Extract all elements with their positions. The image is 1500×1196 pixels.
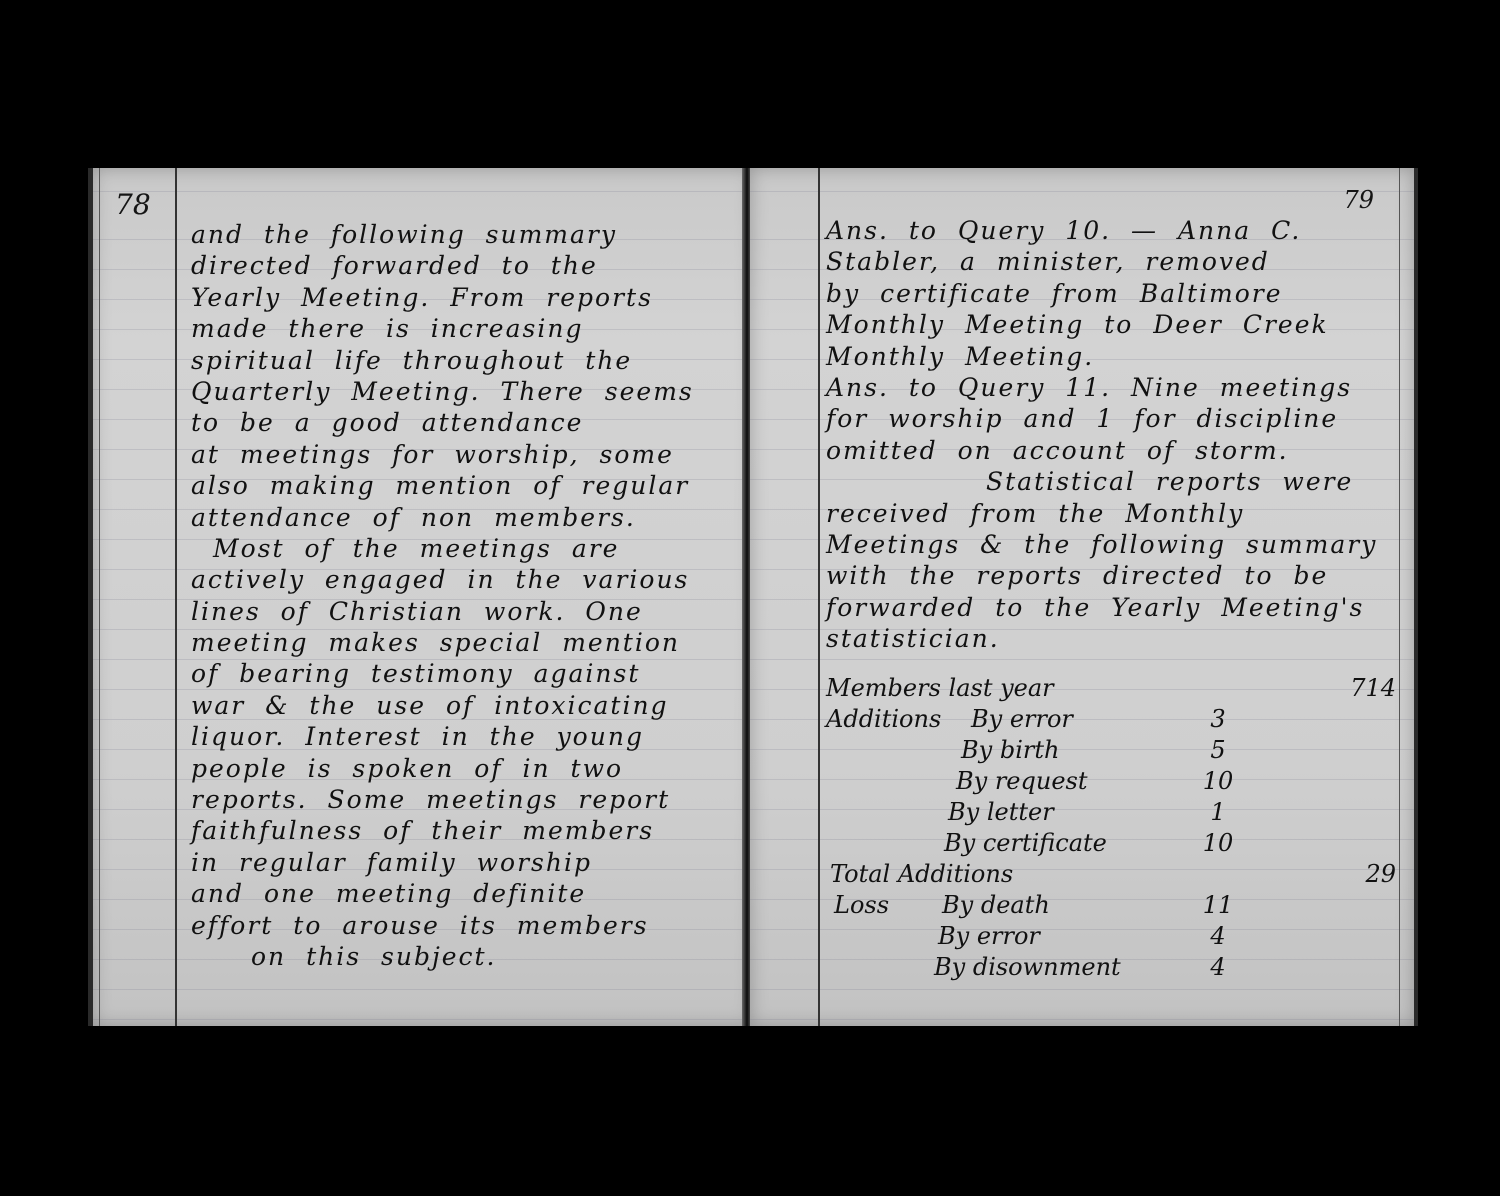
text-line: Most of the meetings are: [191, 534, 751, 565]
row-label: Members last year: [826, 674, 1054, 702]
text-line: Quarterly Meeting. There seems: [191, 377, 751, 408]
text-line: liquor. Interest in the young: [191, 722, 751, 753]
row-total: 714: [1350, 674, 1396, 702]
text-line: Monthly Meeting.: [826, 342, 1386, 373]
margin-line: [818, 168, 820, 1026]
text-line: made there is increasing: [191, 314, 751, 345]
text-line: to be a good attendance: [191, 408, 751, 439]
additions-row: By letter 1: [826, 798, 1386, 829]
text-line: omitted on account of storm.: [826, 436, 1386, 467]
page-number: 78: [115, 188, 151, 221]
row-value: 4: [1198, 953, 1238, 981]
row-label: By disownment: [934, 953, 1121, 981]
row-value: 11: [1198, 891, 1238, 919]
text-line: Stabler, a minister, removed: [826, 247, 1386, 278]
right-page-text: Ans. to Query 10. — Anna C. Stabler, a m…: [826, 216, 1386, 655]
text-line: of bearing testimony against: [191, 659, 751, 690]
text-line: for worship and 1 for discipline: [826, 404, 1386, 435]
text-line: war & the use of intoxicating: [191, 691, 751, 722]
loss-row: By disownment 4: [826, 953, 1386, 984]
text-line: by certificate from Baltimore: [826, 279, 1386, 310]
text-line: Ans. to Query 11. Nine meetings: [826, 373, 1386, 404]
row-total: 29: [1365, 860, 1396, 888]
row-label: By letter: [948, 798, 1054, 826]
row-label: Total Additions: [830, 860, 1013, 888]
text-line: lines of Christian work. One: [191, 597, 751, 628]
row-value: 1: [1198, 798, 1238, 826]
additions-row: By certificate 10: [826, 829, 1386, 860]
loss-row: Loss By death 11: [826, 891, 1386, 922]
row-label: By birth: [961, 736, 1059, 764]
membership-statistics: Members last year 714 Additions By error…: [826, 674, 1386, 984]
left-page: 78 and the following summary directed fo…: [88, 168, 753, 1026]
text-line: and the following summary: [191, 220, 751, 251]
text-line: and one meeting definite: [191, 879, 751, 910]
total-additions-row: Total Additions 29: [826, 860, 1386, 891]
additions-row: Additions By error 3: [826, 705, 1386, 736]
right-page: 79 Ans. to Query 10. — Anna C. Stabler, …: [750, 168, 1418, 1026]
open-ledger-book: 78 and the following summary directed fo…: [88, 168, 1424, 1026]
left-page-text: and the following summary directed forwa…: [191, 220, 751, 973]
text-line: effort to arouse its members: [191, 911, 751, 942]
text-line: statistician.: [826, 624, 1386, 655]
section-label: Loss: [834, 891, 889, 919]
text-line: Ans. to Query 10. — Anna C.: [826, 216, 1386, 247]
members-last-year-row: Members last year 714: [826, 674, 1386, 705]
text-line: attendance of non members.: [191, 503, 751, 534]
text-line: meeting makes special mention: [191, 628, 751, 659]
row-label: By death: [942, 891, 1050, 919]
text-line: forwarded to the Yearly Meeting's: [826, 593, 1386, 624]
text-line: spiritual life throughout the: [191, 346, 751, 377]
text-line: Monthly Meeting to Deer Creek: [826, 310, 1386, 341]
row-label: By error: [938, 922, 1040, 950]
text-line: also making mention of regular: [191, 471, 751, 502]
additions-row: By birth 5: [826, 736, 1386, 767]
row-label: By error: [971, 705, 1073, 733]
page-number: 79: [1343, 186, 1374, 214]
row-value: 4: [1198, 922, 1238, 950]
row-value: 5: [1198, 736, 1238, 764]
text-line: faithfulness of their members: [191, 816, 751, 847]
text-line: Yearly Meeting. From reports: [191, 283, 751, 314]
text-line: received from the Monthly: [826, 499, 1386, 530]
row-value: 10: [1198, 767, 1238, 795]
text-line: Meetings & the following summary: [826, 530, 1386, 561]
text-line: at meetings for worship, some: [191, 440, 751, 471]
text-line: with the reports directed to be: [826, 561, 1386, 592]
text-line: on this subject.: [191, 942, 751, 973]
text-line: Statistical reports were: [826, 467, 1386, 498]
page-edge-line: [99, 168, 100, 1026]
row-label: By request: [956, 767, 1087, 795]
row-label: By certificate: [944, 829, 1107, 857]
margin-line: [175, 168, 177, 1026]
row-value: 10: [1198, 829, 1238, 857]
text-line: people is spoken of in two: [191, 754, 751, 785]
text-line: actively engaged in the various: [191, 565, 751, 596]
loss-row: By error 4: [826, 922, 1386, 953]
additions-row: By request 10: [826, 767, 1386, 798]
text-line: in regular family worship: [191, 848, 751, 879]
text-line: reports. Some meetings report: [191, 785, 751, 816]
section-label: Additions: [826, 705, 941, 733]
row-value: 3: [1198, 705, 1238, 733]
text-line: directed forwarded to the: [191, 251, 751, 282]
page-edge-line: [1399, 168, 1400, 1026]
